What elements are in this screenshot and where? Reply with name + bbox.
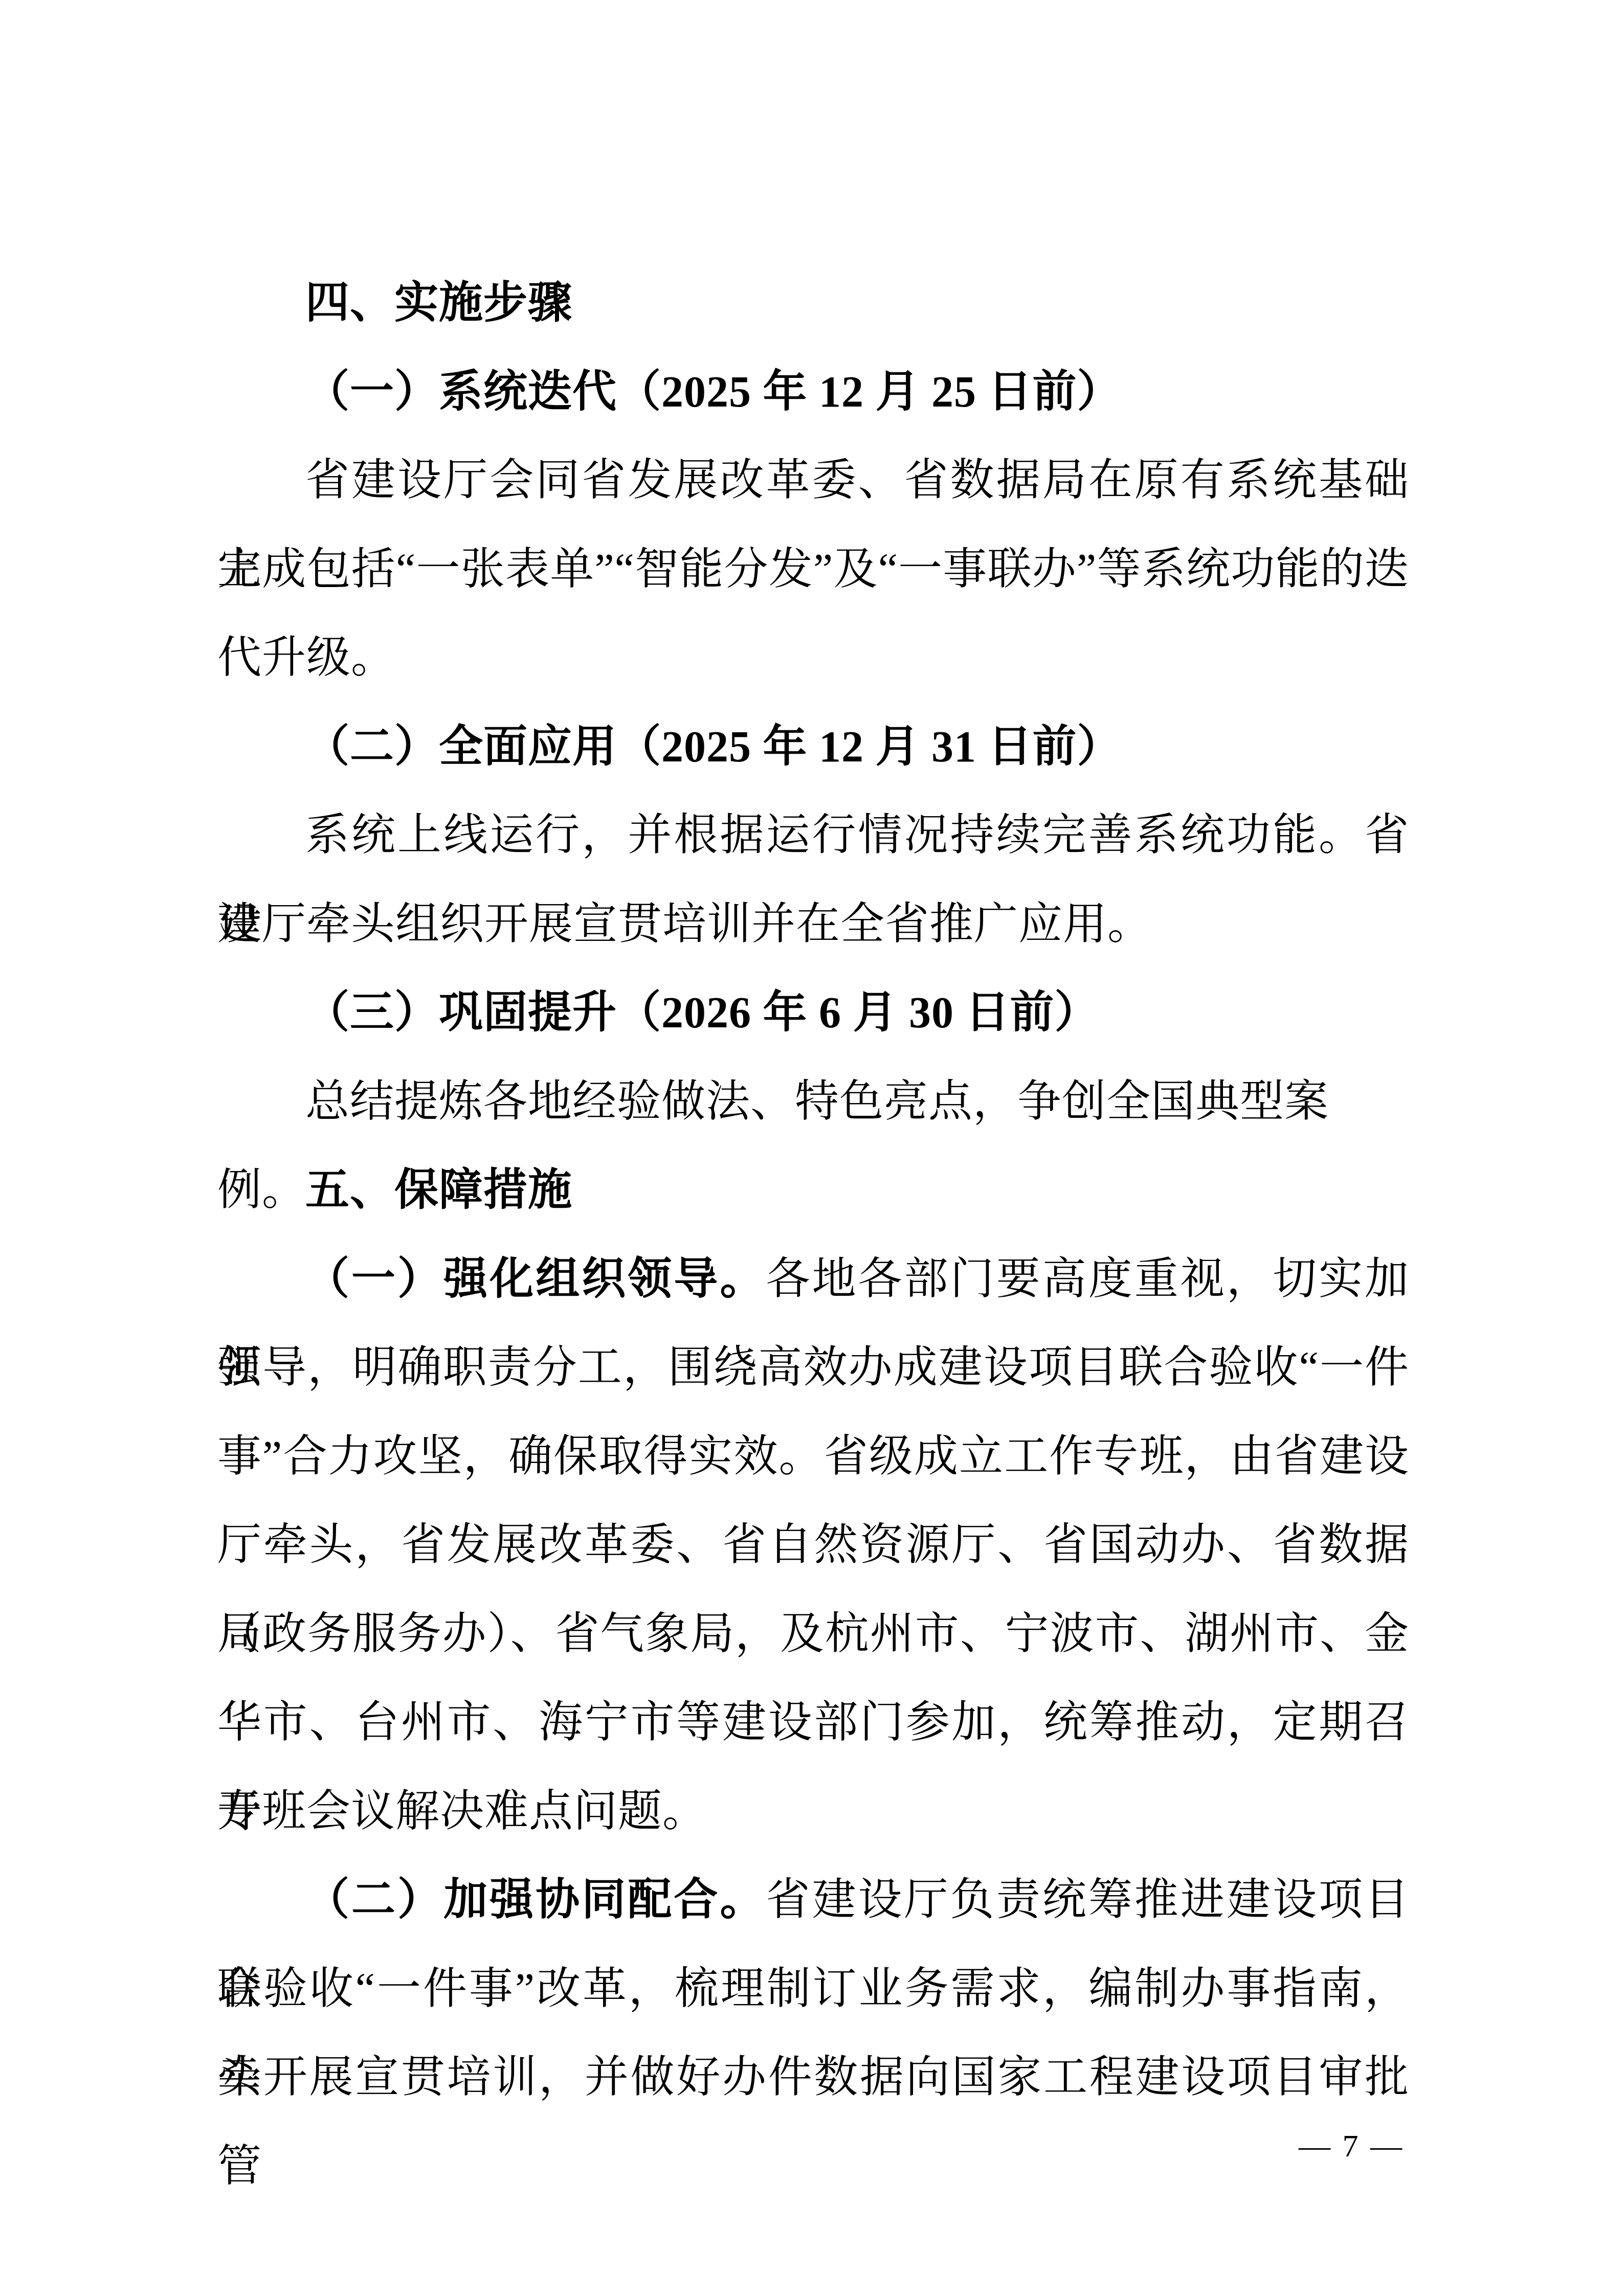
- document-body: 四、实施步骤 （一）系统迭代（2025 年 12 月 25 日前） 省建设厅会同…: [217, 259, 1409, 2122]
- paragraph-line: 省建设厅会同省发展改革委、省数据局在原有系统基础上: [217, 436, 1409, 525]
- paragraph-line: 华市、台州市、海宁市等建设部门参加，统筹推动，定期召开: [217, 1678, 1409, 1767]
- paragraph-line: 合验收“一件事”改革，梳理制订业务需求，编制办事指南，牵: [217, 1945, 1409, 2034]
- paragraph-line: 专班会议解决难点问题。: [217, 1767, 1409, 1856]
- paragraph-line: 完成包括“一张表单”“智能分发”及“一事联办”等系统功能的迭: [217, 525, 1409, 614]
- paragraph-line: （二）加强协同配合。省建设厅负责统筹推进建设项目联: [217, 1856, 1409, 1945]
- section-heading-4: 四、实施步骤: [217, 259, 1409, 348]
- subsection-heading-4-3: （三）巩固提升（2026 年 6 月 30 日前）: [217, 969, 1409, 1057]
- paragraph-line: 领导，明确职责分工，围绕高效办成建设项目联合验收“一件: [217, 1323, 1409, 1412]
- page-number: — 7 —: [1299, 2127, 1404, 2165]
- paragraph-line: 系统上线运行，并根据运行情况持续完善系统功能。省建: [217, 791, 1409, 880]
- paragraph-line: 设厅牵头组织开展宣贯培训并在全省推广应用。: [217, 880, 1409, 969]
- paragraph-line: 头开展宣贯培训，并做好办件数据向国家工程建设项目审批管: [217, 2033, 1409, 2122]
- subsection-heading-4-1: （一）系统迭代（2025 年 12 月 25 日前）: [217, 348, 1409, 437]
- section-heading-5: 五、保障措施: [217, 1146, 1409, 1235]
- paragraph-line: 事”合力攻坚，确保取得实效。省级成立工作专班，由省建设: [217, 1412, 1409, 1501]
- paragraph-line: 代升级。: [217, 614, 1409, 703]
- subsection-heading-4-2: （二）全面应用（2025 年 12 月 31 日前）: [217, 703, 1409, 792]
- paragraph-line: （一）强化组织领导。各地各部门要高度重视，切实加强: [217, 1235, 1409, 1324]
- paragraph-lead-5-2: （二）加强协同配合。: [305, 1875, 766, 1924]
- paragraph-lead-5-1: （一）强化组织领导。: [305, 1254, 766, 1303]
- paragraph-line: （政务服务办）、省气象局，及杭州市、宁波市、湖州市、金: [217, 1590, 1409, 1679]
- paragraph-line: 总结提炼各地经验做法、特色亮点，争创全国典型案例。: [217, 1057, 1409, 1146]
- paragraph-line: 厅牵头，省发展改革委、省自然资源厅、省国动办、省数据局: [217, 1501, 1409, 1590]
- document-page: 四、实施步骤 （一）系统迭代（2025 年 12 月 25 日前） 省建设厅会同…: [0, 0, 1624, 2296]
